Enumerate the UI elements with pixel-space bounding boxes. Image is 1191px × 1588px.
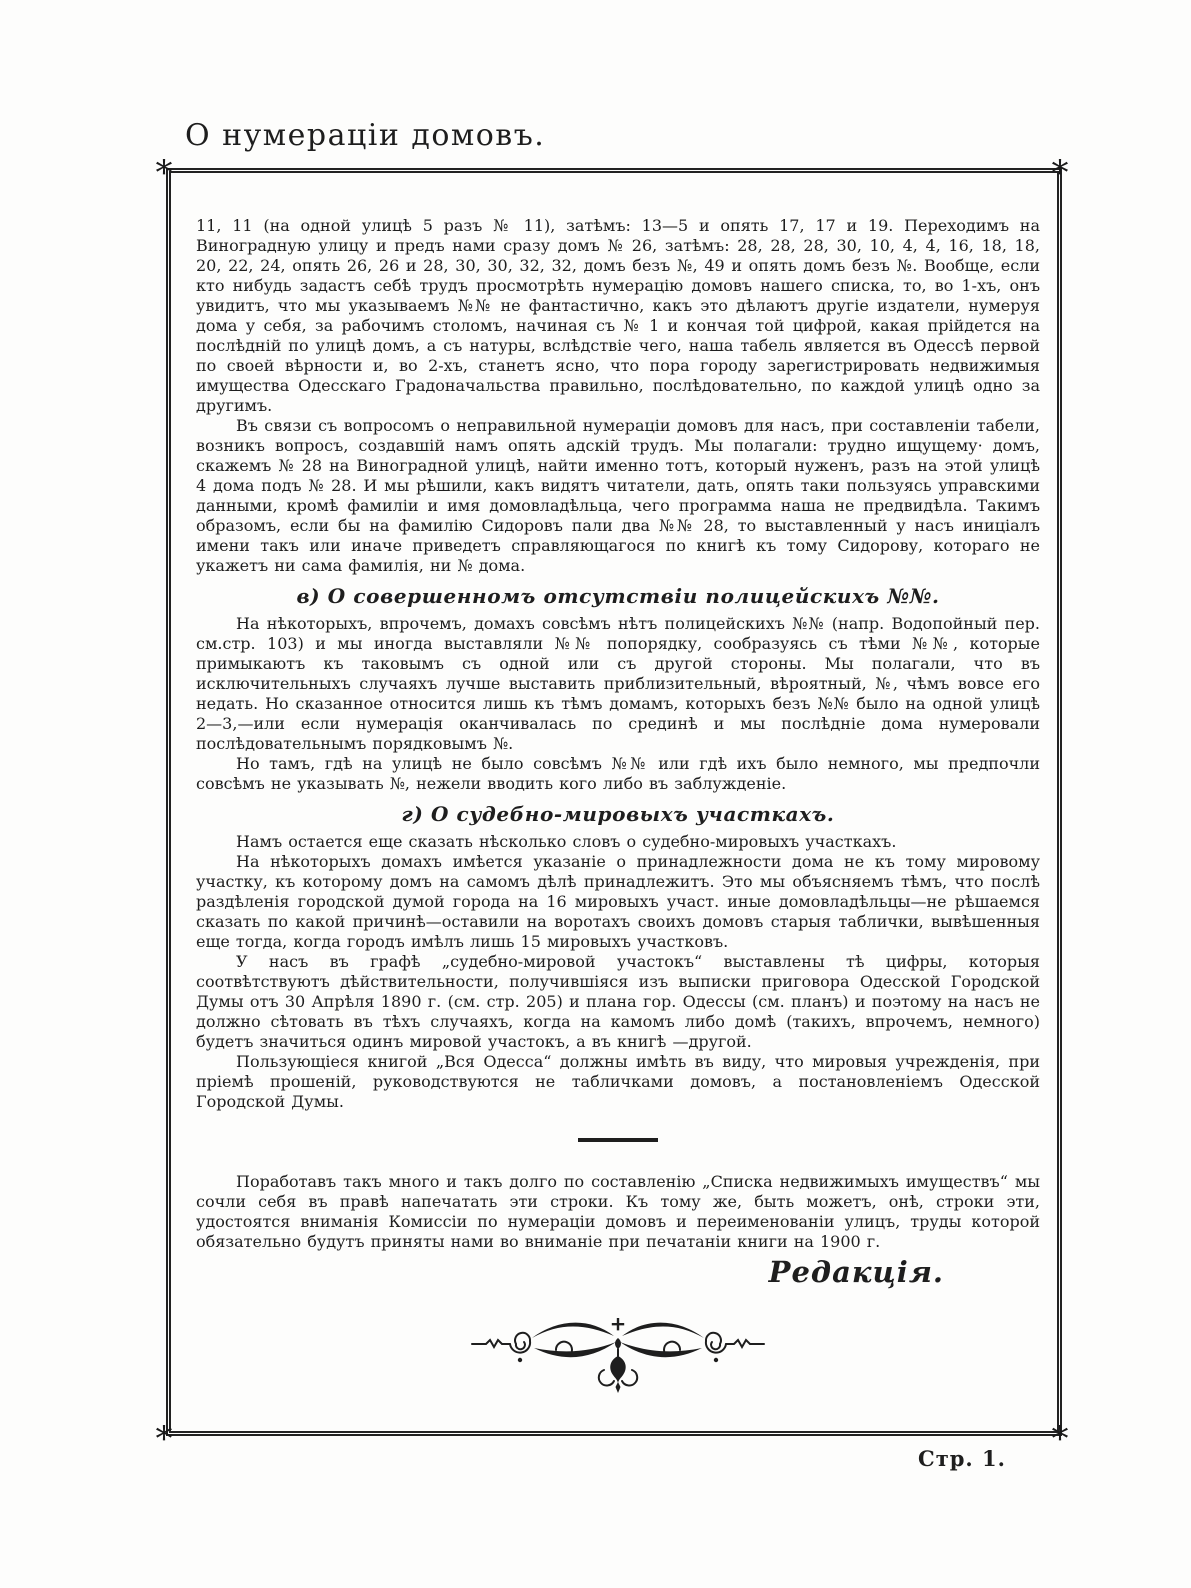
paragraph-districts-intro: Намъ остается еще сказать нѣсколько слов…: [196, 832, 1040, 852]
page-number: Стр. 1.: [918, 1446, 1006, 1471]
paragraph-old-plaques: На нѣкоторыхъ домахъ имѣется указаніе о …: [196, 852, 1040, 952]
section-heading-police-numbers: в) О совершенномъ отсутствіи полицейских…: [196, 586, 1040, 606]
tailpiece-flourish-icon: [468, 1308, 768, 1396]
paragraph-missing-numbers: На нѣкоторыхъ, впрочемъ, домахъ совсѣмъ …: [196, 614, 1040, 754]
scanned-book-page: О нумераціи домовъ. * * * * 11, 11 (на о…: [0, 0, 1191, 1588]
paragraph-omitted-numbers: Но тамъ, гдѣ на улицѣ не было совсѣмъ №№…: [196, 754, 1040, 794]
page-text-column: 11, 11 (на одной улицѣ 5 разъ № 11), зат…: [196, 216, 1040, 1401]
paragraph-closing-remarks: Поработавъ такъ много и такъ долго по со…: [196, 1172, 1040, 1252]
section-divider-rule: [578, 1138, 658, 1142]
paragraph-district-column: У насъ въ графѣ „судебно-мировой участок…: [196, 952, 1040, 1052]
section-heading-judicial-districts: г) О судебно-мировыхъ участкахъ.: [196, 804, 1040, 824]
page-title: О нумераціи домовъ.: [185, 118, 545, 153]
paragraph-table-compilation: Въ связи съ вопросомъ о неправильной нум…: [196, 416, 1040, 576]
tailpiece-container: [196, 1308, 1040, 1401]
editorial-signature: Редакція.: [196, 1262, 944, 1282]
paragraph-numbering-continuation: 11, 11 (на одной улицѣ 5 разъ № 11), зат…: [196, 216, 1040, 416]
paragraph-book-users-note: Пользующіеся книгой „Вся Одесса“ должны …: [196, 1052, 1040, 1112]
